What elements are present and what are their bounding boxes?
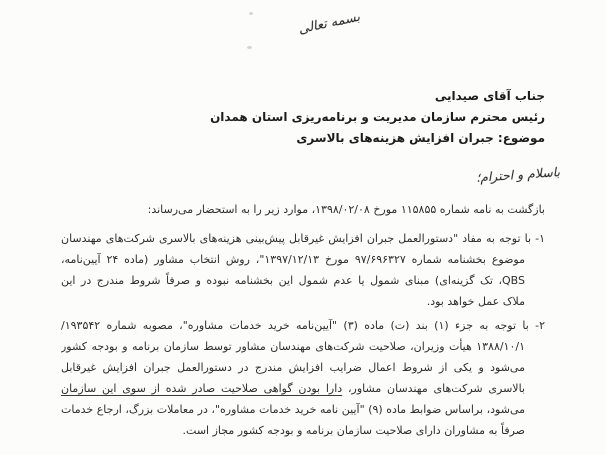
paragraph-1-line-2: موضوع بخشنامه شماره ۹۷/۶۹۶۳۲۷ مورخ ۱۳۹۷/… [61, 249, 525, 270]
intro-line: بازگشت به نامه شماره ۱۱۵۸۵۵ مورخ ۱۳۹۸/۰۲… [60, 199, 545, 220]
paragraph-2-line-1: ۲- با توجه به جزء (۱) بند (ت) ماده (۳) "… [61, 315, 545, 336]
letter-page: بسمه تعالی جناب آقای صیدایی رئیس محترم س… [0, 0, 606, 455]
recipient-name: جناب آقای صیدایی [210, 86, 545, 107]
paragraph-2-line-6: صرفاً به مشاوران دارای صلاحیت سازمان برن… [61, 420, 525, 441]
paragraph-1: ۱- با توجه به مفاد "دستورالعمل جبران افز… [61, 228, 545, 312]
salutation-handwriting: باسلام و احترام؛ [476, 164, 561, 185]
scan-speck [249, 12, 253, 15]
paragraph-2: ۲- با توجه به جزء (۱) بند (ت) ماده (۳) "… [61, 315, 545, 441]
scan-speck [247, 46, 252, 49]
bismillah-handwriting: بسمه تعالی [297, 10, 361, 38]
paragraph-2-line-2: ۱۳۸۸/۱۰/۱ هیأت وزیران، صلاحیت شرکت‌های م… [61, 336, 525, 357]
paragraph-1-line-3: QBS، تک گزینه‌ای) مبنای شمول یا عدم شمول… [61, 270, 525, 291]
paragraph-2-line-4: بالاسری شرکت‌های مهندسان مشاور، دارا بود… [61, 378, 525, 399]
paragraph-2-line-3: می‌شود و یکی از شروط اعمال ضرایب افزایش … [61, 357, 525, 378]
paragraph-1-line-4: ملاک عمل خواهد بود. [61, 291, 525, 312]
subject-line: موضوع: جبران افزایش هزینه‌های بالاسری [210, 128, 545, 149]
paragraph-1-line-1: ۱- با توجه به مفاد "دستورالعمل جبران افز… [61, 228, 545, 249]
recipient-title: رئیس محترم سازمان مدیریت و برنامه‌ریزی ا… [210, 107, 545, 128]
line-4-prefix: بالاسری شرکت‌های مهندسان مشاور، [342, 382, 525, 395]
recipient-block: جناب آقای صیدایی رئیس محترم سازمان مدیری… [210, 86, 545, 149]
paragraph-2-line-5: می‌شود، براساس ضوابط ماده (۹) "آیین نامه… [61, 399, 525, 420]
